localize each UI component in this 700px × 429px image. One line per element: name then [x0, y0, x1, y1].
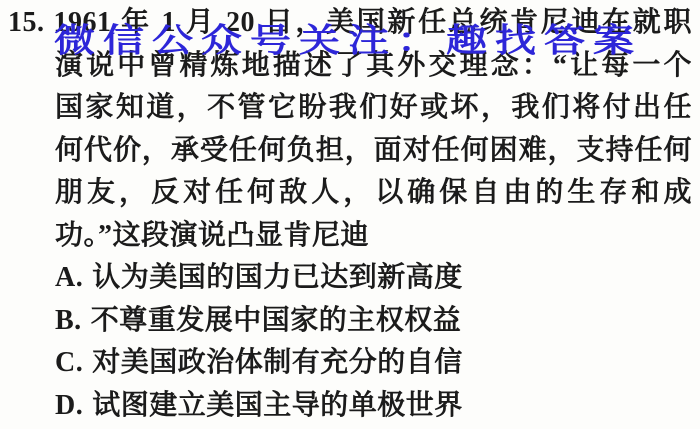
option-d: D.试图建立美国主导的单极世界: [0, 385, 700, 428]
option-b-text: 不尊重发展中国家的主权权益: [91, 305, 462, 336]
stem-line-5: 朋友，反对任何敌人，以确保自由的生存和成: [0, 172, 700, 215]
option-b: B.不尊重发展中国家的主权权益: [0, 300, 700, 343]
option-c-text: 对美国政治体制有充分的自信: [92, 347, 463, 378]
stem-line-4: 何代价，承受任何负担，面对任何困难，支持任何: [0, 130, 700, 173]
option-d-label: D.: [55, 390, 83, 421]
option-a: A.认为美国的国力已达到新高度: [0, 257, 700, 300]
option-d-text: 试图建立美国主导的单极世界: [92, 390, 463, 421]
option-c: C.对美国政治体制有充分的自信: [0, 342, 700, 385]
option-a-text: 认为美国的国力已达到新高度: [92, 262, 463, 293]
option-a-label: A.: [55, 262, 83, 293]
option-c-label: C.: [55, 347, 83, 378]
question-number: 15.: [8, 7, 45, 38]
exam-page: 微信公众号关注：趣找答案 15.1961 年 1 月 20 日，美国新任总统肯尼…: [0, 0, 700, 429]
stem-line-6: 功。”这段演说凸显肯尼迪: [0, 215, 700, 258]
stem-line-1: 15.1961 年 1 月 20 日，美国新任总统肯尼迪在就职: [0, 2, 700, 45]
option-b-label: B.: [55, 305, 82, 336]
stem-line-3: 国家知道，不管它盼我们好或坏，我们将付出任: [0, 87, 700, 130]
stem-line-1-text: 1961 年 1 月 20 日，美国新任总统肯尼迪在就职: [54, 7, 693, 38]
stem-line-2: 演说中曾精炼地描述了其外交理念：“让每一个: [0, 45, 700, 88]
